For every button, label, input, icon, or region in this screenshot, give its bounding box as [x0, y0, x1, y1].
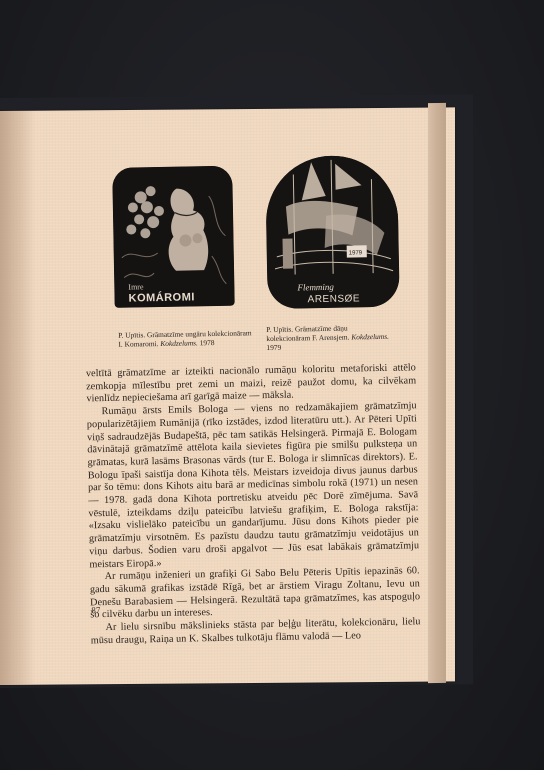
bookplate-komaromi-image: Imre KOMÁROMI — [112, 166, 235, 308]
woodcut-sailing-ship-icon: 1979 Flemming ARENSØE — [265, 155, 400, 309]
svg-text:KOMÁROMI: KOMÁROMI — [128, 290, 195, 304]
svg-text:Flemming: Flemming — [296, 282, 334, 293]
body-text: veltītā grāmatzīme ar izteikti nacionālo… — [86, 362, 421, 647]
paragraph: Rumāņu ārsts Emils Bologa — viens no red… — [87, 400, 420, 571]
caption-technique: Kokdzelums. — [351, 332, 389, 342]
caption-year: 1979 — [266, 343, 281, 352]
caption-text: P. Upītis. Grāmatzīme dāņu kolekcionāram… — [266, 324, 351, 343]
svg-text:1979: 1979 — [349, 250, 363, 256]
paragraph: Ar lielu sirsnību mākslinieks stāsta par… — [90, 616, 420, 647]
caption-year: 1978 — [198, 338, 215, 347]
page-number: 87 — [91, 605, 100, 615]
caption-technique: Kokdzelums. — [160, 338, 198, 348]
figure-caption-komaromi: P. Upītis. Grāmatzīme ungāru kolekcionār… — [118, 328, 253, 348]
svg-text:Imre: Imre — [128, 282, 144, 291]
bookplate-arensoe-image: 1979 Flemming ARENSØE — [265, 155, 400, 309]
svg-text:ARENSØE: ARENSØE — [308, 293, 361, 305]
figure-caption-arensoe: P. Upītis. Grāmatzīme dāņu kolekcionāram… — [266, 323, 391, 352]
page-content: Imre KOMÁROMI P. Upītis. Grāmatzīme ungā… — [0, 0, 544, 770]
paragraph: veltītā grāmatzīme ar izteikti nacionālo… — [86, 362, 417, 406]
woodcut-woman-grapes-icon: Imre KOMÁROMI — [112, 166, 235, 308]
paragraph: Ar rumāņu inženieri un grafiķi Gi Sabo B… — [90, 566, 421, 623]
